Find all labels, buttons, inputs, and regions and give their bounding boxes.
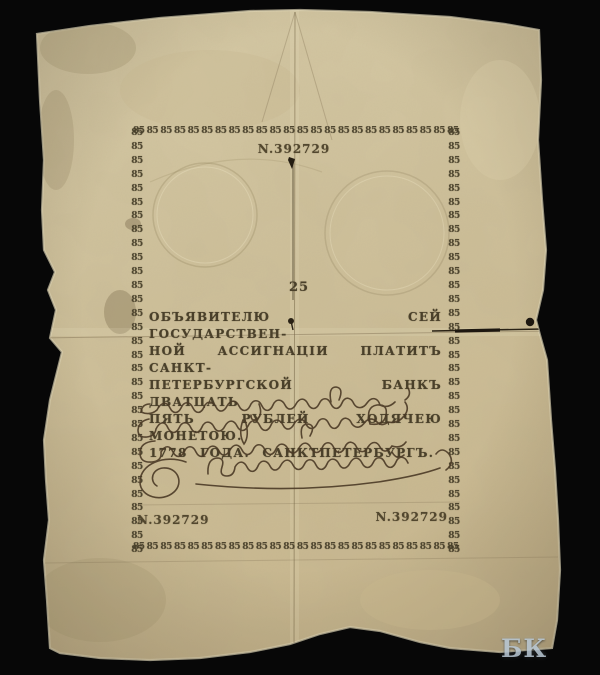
border-ornament-left: 85 85 85 85 85 85 85 85 85 85 85 85 85 8… (130, 127, 144, 559)
photo-background: 85 85 85 85 85 85 85 85 85 85 85 85 85 8… (0, 0, 600, 675)
obligation-line-2: НОЙ АССИГНАЦІИ ПЛАТИТЪ САНКТ- (149, 343, 442, 377)
denomination-number: 25 (134, 280, 464, 295)
obligation-line-1: ОБЪЯВИТЕЛЮ СЕЙ ГОСУДАРСТВЕН- (149, 309, 442, 343)
border-ornament-right: 85 85 85 85 85 85 85 85 85 85 85 85 85 8… (447, 127, 461, 559)
border-ornament-top: 85 85 85 85 85 85 85 85 85 85 85 85 85 8… (133, 126, 467, 136)
serial-number-bottom-left: N.392729 (137, 513, 209, 527)
border-ornament-bottom: 85 85 85 85 85 85 85 85 85 85 85 85 85 8… (133, 542, 467, 552)
serial-number-top: N.392729 (134, 142, 454, 156)
obligation-line-3: ПЕТЕРБУРГСКОЙ БАНКЪ ДВАТЦАТЬ (149, 377, 442, 411)
obligation-line-5: 1778 ГОДА. САНКТПЕТЕРБУРГЪ. (149, 445, 442, 462)
tear-marks (288, 157, 543, 331)
obligation-text: ОБЪЯВИТЕЛЮ СЕЙ ГОСУДАРСТВЕН- НОЙ АССИГНА… (149, 309, 442, 462)
embossed-medallions (150, 159, 449, 295)
bk-watermark: БК (501, 634, 547, 663)
serial-number-bottom-right: N.392729 (352, 510, 448, 524)
obligation-line-4: ПЯТЬ РУБЛЕЙ ХОДЯЧЕЮ МОНЕТОЮ. (149, 411, 442, 445)
